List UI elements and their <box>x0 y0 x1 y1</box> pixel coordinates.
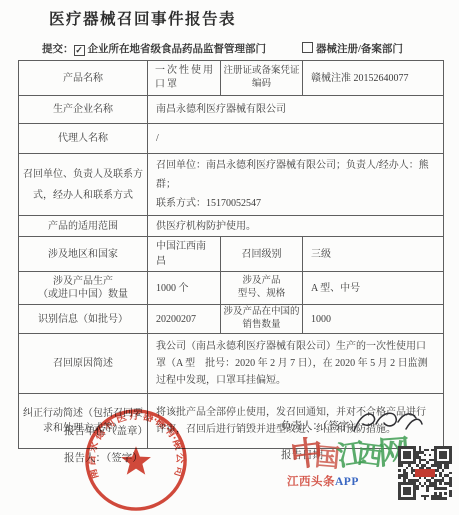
recall-level-label: 召回级别 <box>221 237 303 272</box>
reg-cert-label: 注册证或备案凭证 编码 <box>221 61 303 96</box>
row-reason: 召回原因简述 我公司（南昌永德利医疗器械有限公司）生产的一次性使用口罩（A 型 … <box>19 334 444 394</box>
region-label: 涉及地区和国家 <box>19 237 148 272</box>
row-manufacturer: 生产企业名称 南昌永德利医疗器械有限公司 <box>19 96 444 124</box>
app-suffix-text: APP <box>335 476 359 488</box>
submit-option-registry-label: 器械注册/备案部门 <box>316 44 403 55</box>
qr-code <box>398 446 452 500</box>
row-recall-unit: 召回单位、负责人及联系方式，经办人和联系方式 召回单位：南昌永德利医疗器械有限公… <box>19 154 444 216</box>
row-scope: 产品的适用范围 供医疗机构防护使用。 <box>19 216 444 237</box>
model-value: A 型、中号 <box>303 272 444 305</box>
svg-text:南昌永德利医疗器械有限公司: 南昌永德利医疗器械有限公司 <box>85 409 187 481</box>
recall-report-document: 医疗器械召回事件报告表 提交：✓企业所在地省级食品药品监督管理部门器械注册/备案… <box>0 0 459 515</box>
scope-value: 供医疗机构防护使用。 <box>148 216 444 237</box>
responsible-signature <box>350 407 426 439</box>
checkbox-checked-icon[interactable]: ✓ <box>74 45 85 56</box>
app-name-text: 江西头条 <box>287 476 335 488</box>
row-product: 产品名称 一次性使用口罩 注册证或备案凭证 编码 赣械注准 2015264007… <box>19 61 444 96</box>
row-identification: 识别信息（如批号） 20200207 涉及产品在中国的 销售数量 1000 <box>19 305 444 334</box>
checkbox-unchecked-icon[interactable] <box>302 42 313 53</box>
identification-value: 20200207 <box>148 305 221 334</box>
recall-form-table: 产品名称 一次性使用口罩 注册证或备案凭证 编码 赣械注准 2015264007… <box>18 60 444 449</box>
responsible-label: 负责人：（签字） <box>281 418 360 433</box>
reason-value: 我公司（南昌永德利医疗器械有限公司）生产的一次性使用口罩（A 型 批号：2020… <box>148 334 444 394</box>
product-name-value: 一次性使用口罩 <box>148 61 221 96</box>
product-name-label: 产品名称 <box>19 61 148 96</box>
submit-line: 提交：✓企业所在地省级食品药品监督管理部门器械注册/备案部门 <box>42 41 403 56</box>
seal-company-text: 南昌永德利医疗器械有限公司 <box>85 409 187 481</box>
scope-label: 产品的适用范围 <box>19 216 148 237</box>
page-title: 医疗器械召回事件报告表 <box>49 7 236 29</box>
submit-option-registry[interactable]: 器械注册/备案部门 <box>302 44 403 55</box>
identification-label: 识别信息（如批号） <box>19 305 148 334</box>
model-label: 涉及产品 型号、规格 <box>221 272 303 305</box>
manufacturer-value: 南昌永德利医疗器械有限公司 <box>148 96 444 124</box>
reason-label: 召回原因简述 <box>19 334 148 394</box>
quantity-label: 涉及产品生产 （或进口中国）数量 <box>19 272 148 305</box>
quantity-value: 1000 个 <box>148 272 221 305</box>
recall-unit-label: 召回单位、负责人及联系方式，经办人和联系方式 <box>19 154 148 216</box>
submit-option-provincial-label: 企业所在地省级食品药品监督管理部门 <box>88 44 267 55</box>
recall-unit-value: 召回单位：南昌永德利医疗器械有限公司；负责人/经办人：熊群； 联系方式：1517… <box>148 154 444 216</box>
seal-star-icon <box>121 446 151 474</box>
china-sales-label: 涉及产品在中国的 销售数量 <box>221 305 303 334</box>
recall-level-value: 三级 <box>303 237 444 272</box>
manufacturer-label: 生产企业名称 <box>19 96 148 124</box>
china-sales-value: 1000 <box>303 305 444 334</box>
row-agent: 代理人名称 / <box>19 124 444 154</box>
row-region: 涉及地区和国家 中国江西南昌 召回级别 三级 <box>19 237 444 272</box>
agent-label: 代理人名称 <box>19 124 148 154</box>
submit-option-provincial[interactable]: ✓企业所在地省级食品药品监督管理部门 <box>74 44 267 55</box>
row-quantity: 涉及产品生产 （或进口中国）数量 1000 个 涉及产品 型号、规格 A 型、中… <box>19 272 444 305</box>
region-value: 中国江西南昌 <box>148 237 221 272</box>
company-seal-stamp: 南昌永德利医疗器械有限公司 <box>82 406 190 514</box>
app-watermark-line: 江西头条APP <box>287 473 359 489</box>
agent-value: / <box>148 124 444 154</box>
reg-cert-value: 赣械注准 20152640077 <box>303 61 444 96</box>
report-date-label: 报告日期 <box>281 447 323 462</box>
submit-label: 提交： <box>42 44 74 55</box>
